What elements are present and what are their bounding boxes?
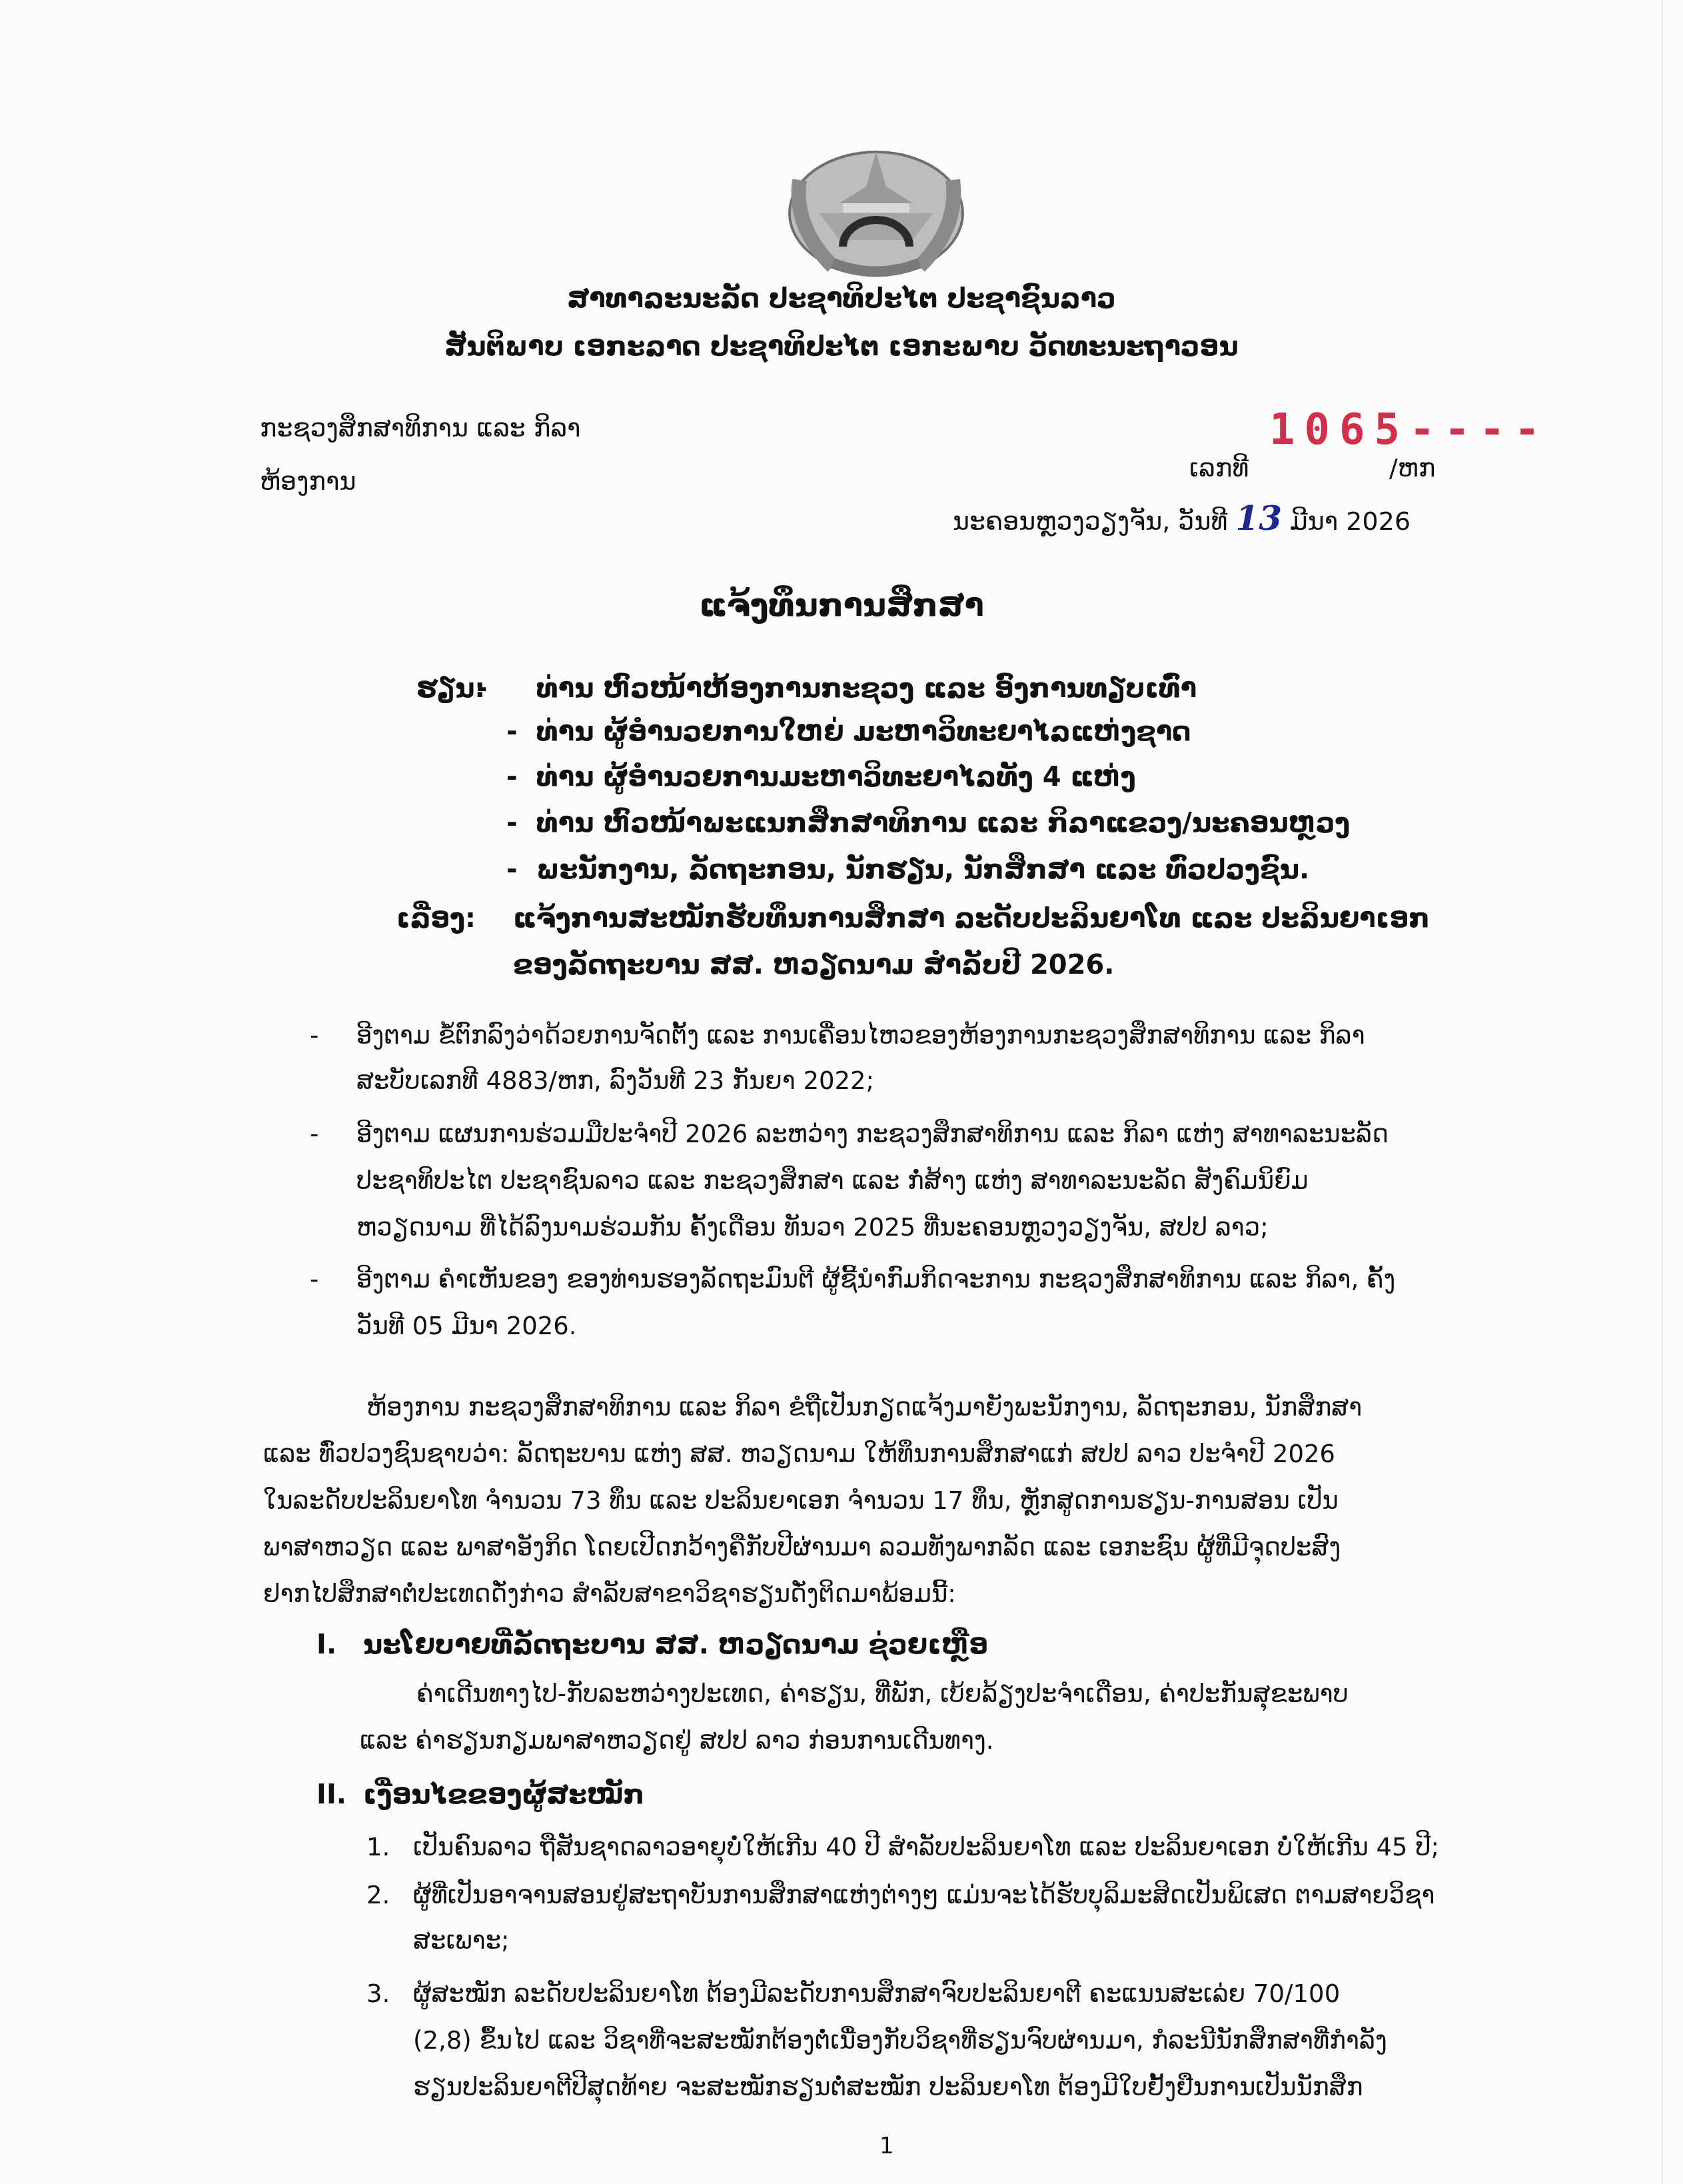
reference-3-line-1: ອີງຕາມ ຄຳເຫັນຂອງ ຂອງທ່ານຮອງລັດຖະມົນຕີ ຜູ…: [356, 1265, 1395, 1294]
reference-3-line-2: ວັນທີ 05 ມີນາ 2026.: [356, 1312, 577, 1340]
body-line: ພາສາຫວຽດ ແລະ ພາສາອັງກິດ ໂດຍເປີດກວ້າງຄືກັ…: [263, 1533, 1341, 1562]
section-1-numeral: I.: [316, 1630, 336, 1660]
scan-edge: [1662, 0, 1663, 2184]
reference-2-line-2: ປະຊາທິປະໄຕ ປະຊາຊົນລາວ ແລະ ກະຊວງສຶກສາ ແລະ…: [356, 1166, 1309, 1195]
recipient-item: ພະນັກງານ, ລັດຖະກອນ, ນັກຮຽນ, ນັກສຶກສາ ແລະ…: [536, 854, 1309, 885]
condition-text: ຮຽນປະລິນຍາຕີປີສຸດທ້າຍ ຈະສະໝັກຮຽນຕໍ່ສະໝັກ…: [413, 2073, 1363, 2101]
condition-text: ສະເພາະ;: [413, 1926, 510, 1955]
recipient-item: ທ່ານ ຫົວໜ້າຫ້ອງການກະຊວງ ແລະ ອົງການທຽບເທົ…: [536, 673, 1197, 704]
page-number: 1: [879, 2133, 894, 2159]
recipient-item: ທ່ານ ຫົວໜ້າພະແນກສຶກສາທິການ ແລະ ກິລາແຂວງ/…: [536, 808, 1350, 838]
recipient-item: ທ່ານ ຜູ້ອຳນວຍການມະຫາວິທະຍາໄລທັງ 4 ແຫ່ງ: [536, 762, 1136, 792]
recipient-dash: -: [506, 716, 518, 747]
document-title: ແຈ້ງທຶນການສຶກສາ: [0, 586, 1683, 624]
reference-label: ເລກທີ: [1189, 453, 1249, 483]
condition-text: ຜູ້ທີ່ເປັນອາຈານສອນຢູ່ສະຖາບັນການສຶກສາແຫ່ງ…: [413, 1881, 1434, 1909]
recipient-dash: -: [506, 808, 518, 838]
reference-2-line-1: ອີງຕາມ ແຜນການຮ່ວມມືປະຈຳປີ 2026 ລະຫວ່າງ ກ…: [356, 1120, 1389, 1148]
section-1-text: ແລະ ຄ່າຮຽນກຽມພາສາຫວຽດຢູ່ ສປປ ລາວ ກ່ອນການ…: [360, 1726, 994, 1755]
nation-name: ສາທາລະນະລັດ ປະຊາທິປະໄຕ ປະຊາຊົນລາວ: [0, 283, 1683, 314]
reference-dash: -: [310, 1021, 318, 1050]
condition-text: (2,8) ຂຶ້ນໄປ ແລະ ວິຊາທີ່ຈະສະໝັກຕ້ອງຕໍ່ເນ…: [413, 2026, 1387, 2055]
reference-1-line-2: ສະບັບເລກທີ 4883/ຫກ, ລົງວັນທີ 23 ກັນຍາ 20…: [356, 1066, 874, 1095]
recipient-item: ທ່ານ ຜູ້ອຳນວຍການໃຫຍ່ ມະຫາວິທະຍາໄລແຫ່ງຊາດ: [536, 716, 1191, 747]
recipient-dash: -: [506, 762, 518, 792]
subject-line-2: ຂອງລັດຖະບານ ສສ. ຫວຽດນາມ ສຳລັບປີ 2026.: [513, 950, 1115, 980]
condition-number: 2.: [366, 1881, 390, 1909]
subject-label: ເລື່ອງ:: [396, 903, 476, 934]
ministry-name: ກະຊວງສຶກສາທິການ ແລະ ກິລາ: [260, 413, 581, 443]
section-2-heading: ເງື່ອນໄຂຂອງຜູ້ສະໝັກ: [363, 1779, 644, 1810]
reference-suffix: /ຫກ: [1389, 453, 1435, 483]
condition-number: 3.: [366, 1979, 390, 2008]
recipient-dash: -: [476, 673, 488, 704]
date-line: ນະຄອນຫຼວງວຽງຈັນ, ວັນທີ 13 ມີນາ 2026: [953, 499, 1410, 538]
date-suffix: ມີນາ 2026: [1290, 507, 1410, 536]
handwritten-day: 13: [1235, 499, 1282, 538]
reference-1-line-1: ອີງຕາມ ຂໍ້ຕົກລົງວ່າດ້ວຍການຈັດຕັ້ງ ແລະ ກາ…: [356, 1021, 1365, 1050]
office-name: ຫ້ອງການ: [260, 467, 356, 496]
reference-number-stamp: 1065----: [1269, 405, 1549, 455]
body-line: ຢາກໄປສຶກສາຕໍ່ປະເທດດັ່ງກ່າວ ສຳລັບສາຂາວິຊາ…: [263, 1580, 956, 1608]
nation-motto: ສັນຕິພາບ ເອກະລາດ ປະຊາທິປະໄຕ ເອກະພາບ ວັດທ…: [0, 331, 1683, 362]
reference-dash: -: [310, 1265, 318, 1294]
condition-text: ຜູ້ສະໝັກ ລະດັບປະລິນຍາໂທ ຕ້ອງມີລະດັບການສຶ…: [413, 1979, 1340, 2008]
date-prefix: ນະຄອນຫຼວງວຽງຈັນ, ວັນທີ: [953, 507, 1227, 536]
body-line: ຫ້ອງການ ກະຊວງສຶກສາທິການ ແລະ ກິລາ ຂໍຖືເປັ…: [366, 1393, 1362, 1422]
body-line: ແລະ ທົ່ວປວງຊົນຊາບວ່າ: ລັດຖະບານ ແຫ່ງ ສສ. …: [263, 1440, 1335, 1468]
recipient-dash: -: [506, 854, 518, 885]
section-1-text: ຄ່າເດີນທາງໄປ-ກັບລະຫວ່າງປະເທດ, ຄ່າຮຽນ, ທີ…: [416, 1679, 1349, 1708]
condition-text: ເປັນຄົນລາວ ຖືສັນຊາດລາວອາຍຸບໍ່ໃຫ້ເກີນ 40 …: [413, 1833, 1439, 1861]
reference-2-line-3: ຫວຽດນາມ ທີ່ໄດ້ລົງນາມຮ່ວມກັນ ຄັ້ງເດືອນ ທັ…: [356, 1213, 1269, 1242]
body-line: ໃນລະດັບປະລິນຍາໂທ ຈຳນວນ 73 ທຶນ ແລະ ປະລິນຍ…: [263, 1486, 1339, 1515]
subject-line-1: ແຈ້ງການສະໝັກຮັບທຶນການສຶກສາ ລະດັບປະລິນຍາໂ…: [513, 903, 1430, 934]
document-page: ສາທາລະນະລັດ ປະຊາທິປະໄຕ ປະຊາຊົນລາວ ສັນຕິພ…: [0, 0, 1683, 2184]
condition-number: 1.: [366, 1833, 390, 1861]
lao-emblem-icon: [780, 140, 973, 280]
recipients-label: ຮຽນ:: [416, 673, 485, 704]
reference-dash: -: [310, 1120, 318, 1148]
section-1-heading: ນະໂຍບາຍທີ່ລັດຖະບານ ສສ. ຫວຽດນາມ ຊ່ວຍເຫຼືອ: [363, 1630, 988, 1660]
section-2-numeral: II.: [316, 1779, 346, 1810]
